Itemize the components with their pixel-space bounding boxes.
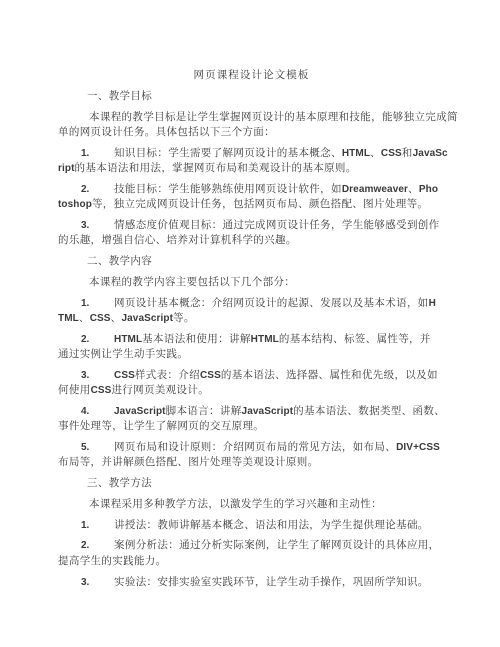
text-line: 一、教学目标	[58, 89, 445, 104]
text-line: 二、教学内容	[58, 254, 445, 269]
text-line: 三、教学方法	[58, 476, 445, 491]
list-item: 5.网页布局和设计原则：介绍网页布局的常见方法，如布局、DIV+CSS布局等，并…	[58, 440, 445, 471]
text-line: 3.实验法：安排实验室实践环节，让学生动手操作，巩固所学知识。	[58, 575, 445, 590]
item-text: JavaScript脚本语言：讲解JavaScript的基本语法、数据类型、函数…	[114, 406, 445, 417]
text-line: 1.讲授法：教师讲解基本概念、语法和用法，为学生提供理论基础。	[58, 518, 445, 533]
text-line: 2.技能目标：学生能够熟练使用网页设计软件，如Dreamweaver、Pho	[58, 182, 445, 197]
item-text: 网页布局和设计原则：介绍网页布局的常见方法，如布局、DIV+CSS	[114, 442, 440, 453]
item-number: 4.	[81, 404, 114, 419]
section-heading: 三、教学方法	[58, 476, 445, 491]
item-number: 1.	[81, 146, 114, 161]
item-text: 情感态度价值观目标：通过完成网页设计任务，学生能够感受到创作	[114, 220, 440, 231]
item-text: 案例分析法：通过分析实际案例，让学生了解网页设计的具体应用，	[114, 540, 440, 551]
item-number: 3.	[81, 368, 114, 383]
paragraph: 本课程的教学内容主要包括以下几个部分：	[58, 275, 445, 290]
text-line: 2.案例分析法：通过分析实际案例，让学生了解网页设计的具体应用，	[58, 538, 445, 553]
item-text: HTML基本语法和使用：讲解HTML的基本结构、标签、属性等，并	[114, 334, 431, 345]
paragraph: 本课程的教学目标是让学生掌握网页设计的基本原理和技能，能够独立完成简单的网页设计…	[58, 110, 445, 141]
list-item: 1.知识目标：学生需要了解网页设计的基本概念、HTML、CSS和JavaScri…	[58, 146, 445, 177]
text-line: 3.情感态度价值观目标：通过完成网页设计任务，学生能够感受到创作	[58, 218, 445, 233]
list-item: 3.情感态度价值观目标：通过完成网页设计任务，学生能够感受到创作的乐趣，增强自信…	[58, 218, 445, 249]
text-line: 网页课程设计论文模板	[58, 68, 445, 83]
text-line: 提高学生的实践能力。	[58, 554, 445, 569]
text-line: 布局等，并讲解颜色搭配、图片处理等美观设计原则。	[58, 455, 445, 470]
item-text: 技能目标：学生能够熟练使用网页设计软件，如Dreamweaver、Pho	[114, 184, 438, 195]
item-number: 3.	[81, 218, 114, 233]
document-body: 网页课程设计论文模板一、教学目标本课程的教学目标是让学生掌握网页设计的基本原理和…	[58, 68, 445, 590]
text-line: 何使用CSS进行网页美观设计。	[58, 383, 445, 398]
list-item: 1.讲授法：教师讲解基本概念、语法和用法，为学生提供理论基础。	[58, 518, 445, 533]
list-item: 3.实验法：安排实验室实践环节，让学生动手操作，巩固所学知识。	[58, 575, 445, 590]
list-item: 2.案例分析法：通过分析实际案例，让学生了解网页设计的具体应用，提高学生的实践能…	[58, 538, 445, 569]
section-heading: 二、教学内容	[58, 254, 445, 269]
item-text: 实验法：安排实验室实践环节，让学生动手操作，巩固所学知识。	[114, 577, 429, 588]
item-number: 3.	[81, 575, 114, 590]
text-line: toshop等，独立完成网页设计任务，包括网页布局、颜色搭配、图片处理等。	[58, 197, 445, 212]
item-text: 讲授法：教师讲解基本概念、语法和用法，为学生提供理论基础。	[114, 520, 429, 531]
section-heading: 一、教学目标	[58, 89, 445, 104]
text-line: 2.HTML基本语法和使用：讲解HTML的基本结构、标签、属性等，并	[58, 332, 445, 347]
list-item: 3.CSS样式表：介绍CSS的基本语法、选择器、属性和优先级，以及如何使用CSS…	[58, 368, 445, 399]
item-number: 2.	[81, 538, 114, 553]
text-line: 1.知识目标：学生需要了解网页设计的基本概念、HTML、CSS和JavaSc	[58, 146, 445, 161]
text-line: 单的网页设计任务。具体包括以下三个方面：	[58, 125, 445, 140]
text-line: 本课程的教学内容主要包括以下几个部分：	[58, 275, 445, 290]
text-line: 本课程采用多种教学方法，以激发学生的学习兴趣和主动性：	[58, 497, 445, 512]
list-item: 2.HTML基本语法和使用：讲解HTML的基本结构、标签、属性等，并通过实例让学…	[58, 332, 445, 363]
item-text: CSS样式表：介绍CSS的基本语法、选择器、属性和优先级，以及如	[114, 370, 438, 381]
text-line: TML、CSS、JavaScript等。	[58, 311, 445, 326]
paragraph: 本课程采用多种教学方法，以激发学生的学习兴趣和主动性：	[58, 497, 445, 512]
text-line: 4.JavaScript脚本语言：讲解JavaScript的基本语法、数据类型、…	[58, 404, 445, 419]
text-line: 的乐趣，增强自信心、培养对计算机科学的兴趣。	[58, 233, 445, 248]
item-number: 5.	[81, 440, 114, 455]
text-line: 本课程的教学目标是让学生掌握网页设计的基本原理和技能，能够独立完成简	[58, 110, 445, 125]
text-line: ript的基本语法和用法，掌握网页布局和美观设计的基本原则。	[58, 161, 445, 176]
item-number: 2.	[81, 182, 114, 197]
item-number: 1.	[81, 296, 114, 311]
text-line: 3.CSS样式表：介绍CSS的基本语法、选择器、属性和优先级，以及如	[58, 368, 445, 383]
text-line: 5.网页布局和设计原则：介绍网页布局的常见方法，如布局、DIV+CSS	[58, 440, 445, 455]
item-number: 2.	[81, 332, 114, 347]
text-line: 1.网页设计基本概念：介绍网页设计的起源、发展以及基本术语，如H	[58, 296, 445, 311]
list-item: 4.JavaScript脚本语言：讲解JavaScript的基本语法、数据类型、…	[58, 404, 445, 435]
item-number: 1.	[81, 518, 114, 533]
item-text: 网页设计基本概念：介绍网页设计的起源、发展以及基本术语，如H	[114, 298, 436, 309]
text-line: 通过实例让学生动手实践。	[58, 347, 445, 362]
list-item: 2.技能目标：学生能够熟练使用网页设计软件，如Dreamweaver、Photo…	[58, 182, 445, 213]
item-text: 知识目标：学生需要了解网页设计的基本概念、HTML、CSS和JavaSc	[114, 148, 448, 159]
text-line: 事件处理等，让学生了解网页的交互原理。	[58, 419, 445, 434]
doc-title: 网页课程设计论文模板	[58, 68, 445, 83]
list-item: 1.网页设计基本概念：介绍网页设计的起源、发展以及基本术语，如HTML、CSS、…	[58, 296, 445, 327]
document-page: 网页课程设计论文模板一、教学目标本课程的教学目标是让学生掌握网页设计的基本原理和…	[0, 0, 500, 647]
